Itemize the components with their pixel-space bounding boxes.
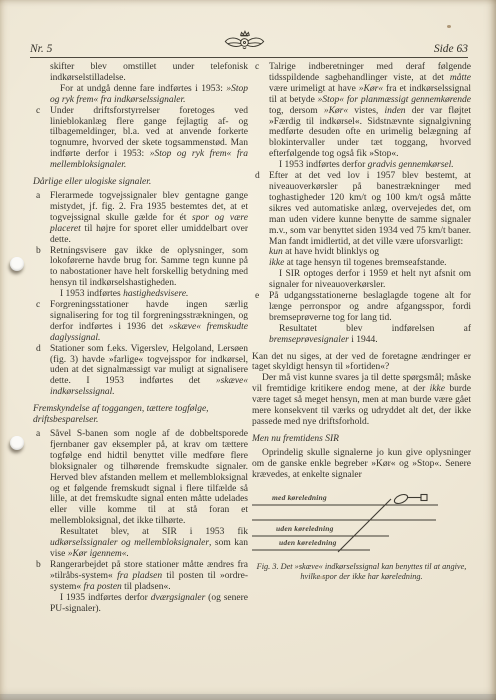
- text-run: vistes,: [348, 106, 384, 116]
- text-run: Såvel S-banen som nogle af de dobbeltspo…: [50, 429, 248, 526]
- text-run: Retningsvisere gav ikke de oplysninger, …: [50, 246, 248, 289]
- lettered-item: aSåvel S-banen som nogle af de dobbeltsp…: [33, 429, 248, 560]
- paragraph: Flerarmede togvejssignaler blev gentagne…: [50, 191, 248, 246]
- issue-number: Nr. 5: [30, 43, 52, 55]
- paragraph: Talrige indberetninger med deraf følgend…: [269, 62, 471, 160]
- paragraph: Såvel S-banen som nogle af de dobbeltspo…: [50, 429, 248, 527]
- italic-text-run: »Stop« for planmæssigt gennemkørende: [318, 95, 471, 105]
- text-run: Kan det nu siges, at der ved de foretagn…: [252, 352, 471, 373]
- paragraph: Resultatet blev indførelsen af bremseprø…: [269, 324, 471, 346]
- italic-text-run: udkørselssignaler og mellembloksignaler: [50, 538, 209, 548]
- text-run: For at undgå denne fare indførtes i 1953…: [60, 84, 226, 94]
- paragraph: kun at have hvidt blinklys og: [269, 247, 471, 258]
- italic-text-run: bremseprøvesignaler: [269, 335, 349, 345]
- page-number: Side 63: [434, 43, 468, 55]
- paragraph: I SIR optoges derfor i 1959 et helt nyt …: [269, 269, 471, 291]
- lettered-item: bRangerarbejdet på store stationer måtte…: [33, 560, 248, 615]
- item-body: Retningsvisere gav ikke de oplysninger, …: [50, 246, 248, 301]
- lettered-item: aFlerarmede togvejssignaler blev gentagn…: [33, 191, 248, 246]
- punch-hole: [10, 436, 24, 450]
- italic-text-run: gradvis gennemkørsel.: [368, 160, 454, 170]
- text-run: være urimeligt at have: [269, 84, 359, 94]
- text-run: I 1935 indførtes derfor: [60, 593, 151, 603]
- paragraph: Stationer som f.eks. Vigerslev, Helgolan…: [50, 344, 248, 399]
- figure-3-diagram: med køreledning uden køreledning uden kø…: [252, 491, 471, 557]
- italic-text-run: ikke: [430, 384, 445, 394]
- item-body: Rangerarbejdet på store stationer måtte …: [50, 560, 248, 615]
- section-heading: Fremskyndelse af toggangen, tættere togf…: [33, 404, 248, 426]
- figure-3: med køreledning uden køreledning uden kø…: [252, 491, 471, 589]
- text-run: I SIR optoges derfor i 1959 et helt nyt …: [269, 269, 471, 290]
- item-body: Forgreningsstationer havde ingen særlig …: [50, 300, 248, 344]
- lettered-item: cTalrige indberetninger med deraf følgen…: [252, 62, 471, 171]
- italic-text-run: fra pladsen: [117, 571, 162, 581]
- italic-text-run: Dårlige eller ulogiske signaler.: [33, 177, 151, 187]
- italic-text-run: ikke: [269, 258, 284, 268]
- text-run: at tage hensyn til togenes bremseafstand…: [284, 258, 446, 268]
- text-run: I 1953 indførtes derfor: [279, 160, 368, 170]
- italic-text-run: måtte: [450, 73, 471, 83]
- track-label: uden køreledning: [279, 538, 337, 549]
- italic-text-run: »Kør«: [359, 84, 383, 94]
- paragraph-block: Oprindelig skulle signalerne jo kun give…: [252, 448, 471, 481]
- track-label: uden køreledning: [276, 524, 334, 535]
- paragraph: For at undgå denne fare indførtes i 1953…: [50, 84, 248, 106]
- item-body: Talrige indberetninger med deraf følgend…: [269, 62, 471, 171]
- punch-hole: [10, 257, 24, 271]
- italic-text-run: inden: [384, 106, 405, 116]
- item-letter: d: [252, 171, 269, 291]
- item-letter: c: [33, 300, 50, 344]
- text-run: skifter blev omstillet under telefonisk …: [50, 62, 248, 83]
- item-letter: a: [33, 191, 50, 246]
- right-column-text: cTalrige indberetninger med deraf følgen…: [252, 62, 471, 481]
- paragraph-block: Kan det nu siges, at der ved de foretagn…: [252, 352, 471, 428]
- section-heading: Men nu fremtidens SIR: [252, 434, 471, 445]
- paragraph: Oprindelig skulle signalerne jo kun give…: [252, 448, 471, 481]
- paper-speck: [447, 25, 451, 28]
- lettered-item: dEfter at det ved lov i 1957 blev bestem…: [252, 171, 471, 291]
- scan-edge-bottom: [0, 694, 496, 700]
- italic-text-run: hastighedsvisere.: [123, 289, 188, 299]
- text-run: Resultatet blev, at SIR i 1953 fik: [60, 527, 248, 537]
- track-label: med køreledning: [272, 493, 327, 504]
- italic-text-run: Fremskyndelse af toggangen, tættere togf…: [33, 404, 209, 425]
- text-run: Talrige indberetninger med deraf følgend…: [269, 62, 471, 83]
- text-run: i 1944.: [349, 335, 378, 345]
- right-column: cTalrige indberetninger med deraf følgen…: [252, 62, 471, 589]
- paper-speck: [318, 576, 326, 579]
- figure-caption: Fig. 3. Det »skæve« indkørselssignal kan…: [254, 562, 469, 582]
- scanned-document-page: Nr. 5 Side 63 skifter blev omstillet und…: [0, 0, 496, 700]
- item-letter: a: [33, 429, 50, 560]
- lettered-item: ePå udgangsstationerne beslaglagde togen…: [252, 291, 471, 346]
- item-letter: e: [252, 291, 269, 346]
- italic-text-run: »Kør«: [324, 106, 348, 116]
- item-body: På udgangsstationerne beslaglagde togene…: [269, 291, 471, 346]
- item-letter: d: [33, 344, 50, 399]
- paragraph: Under driftsforstyrrelser foretoges ved …: [50, 106, 248, 171]
- text-run: Efter at det ved lov i 1957 blev bestemt…: [269, 171, 471, 246]
- section-heading: Dårlige eller ulogiske signaler.: [33, 177, 248, 188]
- item-letter: b: [33, 246, 50, 301]
- lettered-item: cForgreningsstationer havde ingen særlig…: [33, 300, 248, 344]
- italic-text-run: fra posten: [84, 582, 122, 592]
- paragraph: Resultatet blev, at SIR i 1953 fik udkør…: [50, 527, 248, 560]
- left-column: skifter blev omstillet under telefonisk …: [33, 62, 248, 614]
- item-body: Efter at det ved lov i 1957 blev bestemt…: [269, 171, 471, 291]
- dsb-winged-wheel-emblem: [221, 27, 267, 57]
- item-letter: c: [33, 106, 50, 171]
- paragraph: Forgreningsstationer havde ingen særlig …: [50, 300, 248, 344]
- lettered-item: cUnder driftsforstyrrelser foretoges ved…: [33, 106, 248, 171]
- paragraph: I 1953 indførtes derfor gradvis gennemkø…: [269, 160, 471, 171]
- item-letter: c: [252, 62, 269, 171]
- text-run: Resultatet blev indførelsen af: [279, 324, 471, 334]
- italic-text-run: dværgsignaler: [151, 593, 206, 603]
- italic-text-run: »Kør igennem«.: [68, 549, 129, 559]
- text-run: Oprindelig skulle signalerne jo kun give…: [252, 448, 471, 480]
- paragraph: Retningsvisere gav ikke de oplysninger, …: [50, 246, 248, 290]
- paragraph: På udgangsstationerne beslaglagde togene…: [269, 291, 471, 324]
- italic-text-run: Men nu fremtidens SIR: [252, 434, 339, 444]
- paragraph: skifter blev omstillet under telefonisk …: [50, 62, 248, 84]
- paragraph: I 1935 indførtes derfor dværgsignaler (o…: [50, 593, 248, 615]
- item-body: Under driftsforstyrrelser foretoges ved …: [50, 106, 248, 171]
- item-body: Såvel S-banen som nogle af de dobbeltspo…: [50, 429, 248, 560]
- text-run: I 1953 indførtes: [60, 289, 123, 299]
- lettered-item: bRetningsvisere gav ikke de oplysninger,…: [33, 246, 248, 301]
- paragraph: Efter at det ved lov i 1957 blev bestemt…: [269, 171, 471, 247]
- text-run: På udgangsstationerne beslaglagde togene…: [269, 291, 471, 323]
- paragraph-block: skifter blev omstillet under telefonisk …: [50, 62, 248, 106]
- skew-entry-signal-icon: [393, 492, 427, 505]
- text-run: til pladsen«.: [122, 582, 171, 592]
- italic-text-run: kun: [269, 247, 283, 257]
- item-letter: b: [33, 560, 50, 615]
- lettered-item: dStationer som f.eks. Vigerslev, Helgola…: [33, 344, 248, 399]
- text-run: at have hvidt blinklys og: [283, 247, 379, 257]
- paragraph: I 1953 indførtes hastighedsvisere.: [50, 289, 248, 300]
- text-run: tog, dersom: [269, 106, 324, 116]
- turnout-diagonal-line: [338, 499, 391, 552]
- paragraph: Kan det nu siges, at der ved de foretagn…: [252, 352, 471, 374]
- item-body: Flerarmede togvejssignaler blev gentagne…: [50, 191, 248, 246]
- paragraph: Der må vist kunne svares ja til dette sp…: [252, 373, 471, 428]
- item-body: Stationer som f.eks. Vigerslev, Helgolan…: [50, 344, 248, 399]
- paragraph: ikke at tage hensyn til togenes bremseaf…: [269, 258, 471, 269]
- paragraph: Rangerarbejdet på store stationer måtte …: [50, 560, 248, 593]
